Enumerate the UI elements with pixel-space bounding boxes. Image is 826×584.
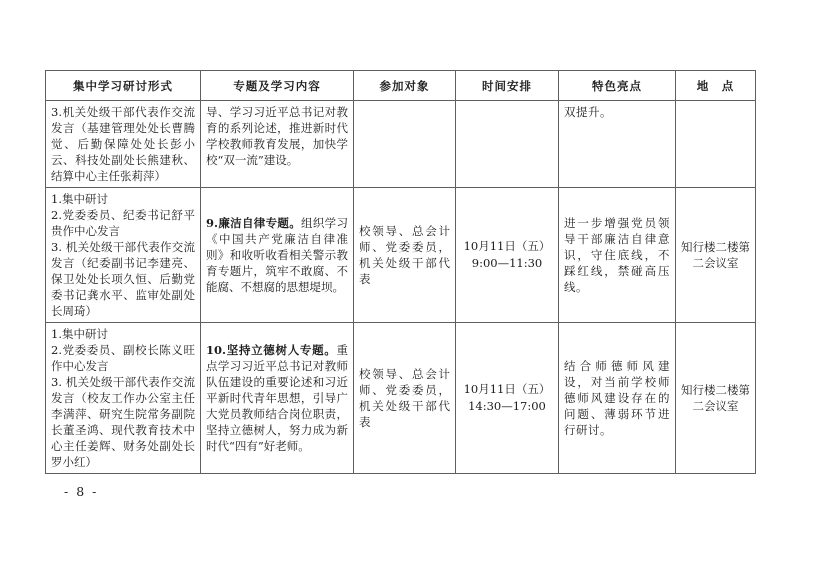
col-header-highlight: 特色亮点 [559,71,676,101]
cell-topic-content: 导、学习习近平总书记对教育的系列论述，推进新时代学校教师教育发展，加快学校“双一… [201,101,354,188]
time-range: 9:00—11:30 [461,255,553,272]
cell-discussion-form: 3.机关处级干部代表作交流发言（基建管理处处长曹腾觉、后勤保障处处长彭小云、科技… [46,101,201,188]
table-row: 1.集中研讨 2.党委委员、副校长陈义旺作中心发言 3. 机关处级干部代表作交流… [46,323,756,474]
table-header-row: 集中学习研讨形式 专题及学习内容 参加对象 时间安排 特色亮点 地 点 [46,71,756,101]
cell-participants: 校领导、总会计师、党委委员，机关处级干部代表 [354,323,456,474]
study-schedule-table: 集中学习研讨形式 专题及学习内容 参加对象 时间安排 特色亮点 地 点 3.机关… [45,70,756,474]
col-header-participants: 参加对象 [354,71,456,101]
col-header-topic-content: 专题及学习内容 [201,71,354,101]
topic-title: 10.坚持立德树人专题。 [206,343,337,357]
cell-highlight: 进一步增强党员领导干部廉洁自律意识，守住底线，不踩红线，禁碰高压线。 [559,188,676,323]
document-page: 集中学习研讨形式 专题及学习内容 参加对象 时间安排 特色亮点 地 点 3.机关… [0,0,826,584]
cell-topic-content: 9.廉洁自律专题。组织学习《中国共产党廉洁自律准则》和收听收看相关警示教育专题片… [201,188,354,323]
cell-time: 10月11日（五） 9:00—11:30 [456,188,559,323]
cell-participants [354,101,456,188]
cell-discussion-form: 1.集中研讨 2.党委委员、副校长陈义旺作中心发言 3. 机关处级干部代表作交流… [46,323,201,474]
cell-time: 10月11日（五） 14:30—17:00 [456,323,559,474]
cell-location: 知行楼二楼第二会议室 [676,188,756,323]
col-header-location: 地 点 [676,71,756,101]
topic-title: 9.廉洁自律专题。 [206,216,301,230]
cell-highlight: 双提升。 [559,101,676,188]
topic-text: 导、学习习近平总书记对教育的系列论述，推进新时代学校教师教育发展，加快学校“双一… [206,105,348,167]
cell-location: 知行楼二楼第二会议室 [676,323,756,474]
col-header-discussion-form: 集中学习研讨形式 [46,71,201,101]
time-date: 10月11日（五） [461,238,553,255]
cell-time [456,101,559,188]
cell-topic-content: 10.坚持立德树人专题。重点学习习近平总书记对教师队伍建设的重要论述和习近平新时… [201,323,354,474]
time-range: 14:30—17:00 [461,398,553,415]
cell-discussion-form: 1.集中研讨 2.党委委员、纪委书记舒平贵作中心发言 3. 机关处级干部代表作交… [46,188,201,323]
page-number: - 8 - [64,484,98,499]
col-header-time: 时间安排 [456,71,559,101]
cell-location [676,101,756,188]
table-row: 3.机关处级干部代表作交流发言（基建管理处处长曹腾觉、后勤保障处处长彭小云、科技… [46,101,756,188]
time-date: 10月11日（五） [461,381,553,398]
cell-highlight: 结合师德师风建设，对当前学校师德师风建设存在的问题、薄弱环节进行研讨。 [559,323,676,474]
topic-text: 重点学习习近平总书记对教师队伍建设的重要论述和习近平新时代青年思想，引导广大党员… [206,343,348,453]
table-row: 1.集中研讨 2.党委委员、纪委书记舒平贵作中心发言 3. 机关处级干部代表作交… [46,188,756,323]
cell-participants: 校领导、总会计师、党委委员，机关处级干部代表 [354,188,456,323]
